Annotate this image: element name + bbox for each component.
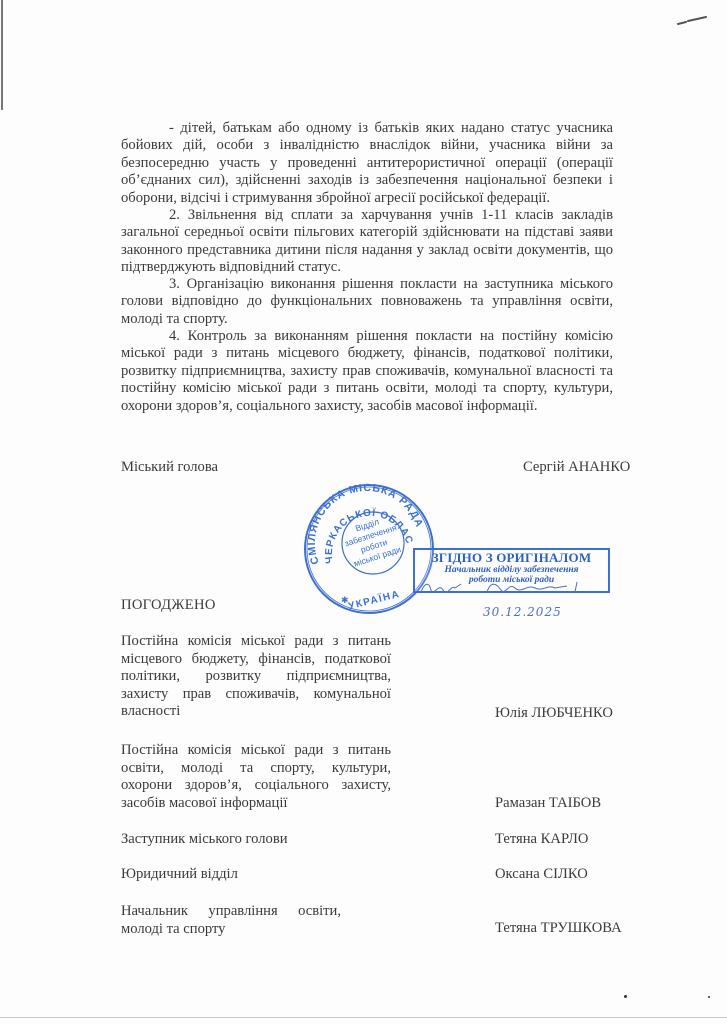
approval-name-2: Рамазан ТАІБОВ — [495, 795, 601, 812]
paragraph-text: - дітей, батькам або одному із батьків я… — [121, 120, 613, 207]
approval-role-4: Юридичний відділ — [121, 866, 238, 883]
scan-speck — [624, 995, 627, 998]
paragraph-2: 2. Звільнення від сплати за харчування у… — [121, 207, 613, 277]
scan-speck — [708, 996, 710, 998]
stamp-star-icon: ✱ — [341, 595, 349, 605]
approval-role-3: Заступник міського голови — [121, 831, 288, 848]
approval-heading: ПОГОДЖЕНО — [121, 597, 216, 614]
paragraph-1: - дітей, батькам або одному із батьків я… — [121, 120, 613, 207]
stamp-box-title: ЗГІДНО З ОРИГІНАЛОМ — [415, 551, 608, 565]
approval-role-2: Постійна комісія міської ради з питань о… — [121, 742, 391, 812]
scan-bottom-line — [0, 1017, 727, 1018]
approval-name-3: Тетяна КАРЛО — [495, 831, 588, 848]
approval-name-4: Оксана СІЛКО — [495, 866, 588, 883]
approval-name-5: Тетяна ТРУШКОВА — [495, 920, 622, 937]
paragraph-text: 4. Контроль за виконанням рішення поклас… — [121, 328, 613, 415]
approval-role-1: Постійна комісія міської ради з питань м… — [121, 633, 391, 721]
scan-edge-line — [1, 0, 3, 110]
paragraph-3: 3. Організацію виконання рішення покласт… — [121, 276, 613, 328]
paragraph-4: 4. Контроль за виконанням рішення поклас… — [121, 328, 613, 415]
handwritten-date: 30.12.2025 — [483, 605, 562, 619]
document-page: - дітей, батькам або одному із батьків я… — [0, 0, 727, 1024]
pen-mark-icon — [676, 16, 708, 26]
approval-name-1: Юлія ЛЮБЧЕНКО — [495, 705, 613, 722]
approval-role-5: Начальник управління освіти, молоді та с… — [121, 903, 341, 938]
paragraph-text: 3. Організацію виконання рішення покласт… — [121, 276, 613, 328]
mayor-title: Міський голова — [121, 459, 218, 476]
stamp-box-line1: Начальник відділу забезпечення — [415, 565, 608, 575]
paragraph-text: 2. Звільнення від сплати за харчування у… — [121, 207, 613, 277]
handwritten-signature — [417, 578, 597, 594]
mayor-name: Сергій АНАНКО — [523, 459, 630, 476]
